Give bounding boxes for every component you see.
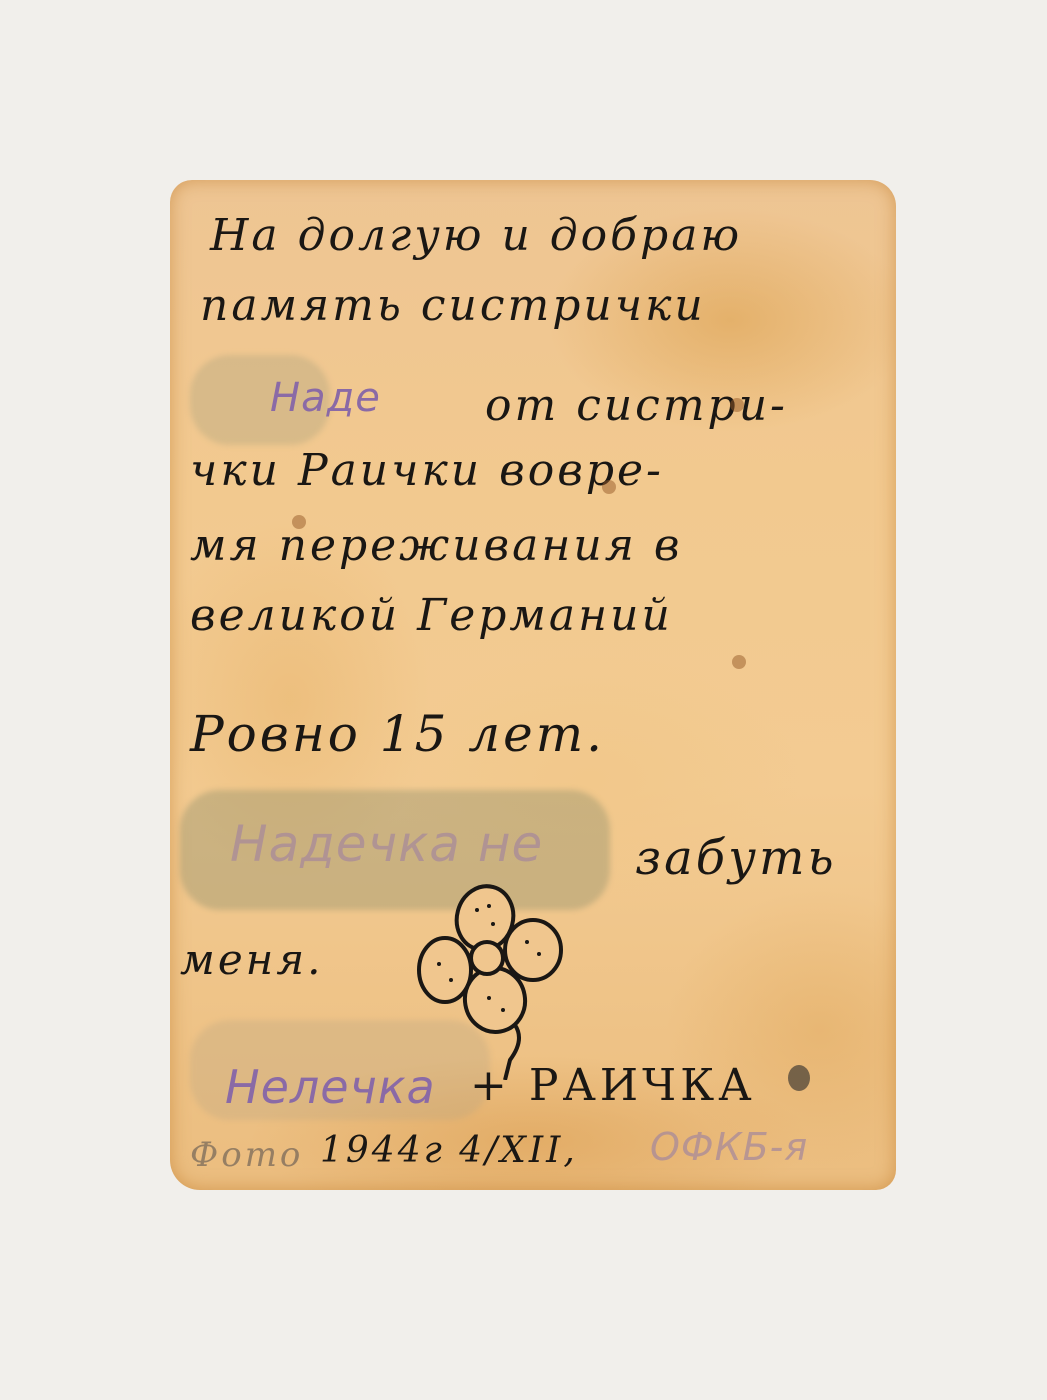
- flower-icon: [415, 880, 565, 1080]
- violet-phrase: Надечка не: [230, 815, 543, 873]
- stain-spot: [292, 515, 306, 529]
- text-line-5: мя переживания в: [190, 520, 682, 571]
- text-line-6: великой Германий: [190, 590, 673, 641]
- stain-spot: [730, 398, 744, 412]
- photo-date: 1944г 4/XII,: [320, 1130, 578, 1171]
- text-line-8: забуть: [635, 830, 837, 886]
- stain-spot: [732, 655, 746, 669]
- violet-name-1: Наде: [270, 375, 381, 421]
- text-line-1: На долгую и добраю: [210, 210, 742, 261]
- text-line-9: меня.: [180, 935, 324, 984]
- postcard: На долгую и добраю память систрички Наде…: [170, 180, 896, 1190]
- stain-spot: [602, 480, 616, 494]
- text-line-2: память систрички: [200, 280, 706, 331]
- stain-spot: [788, 1065, 810, 1091]
- violet-name-2: Нелечка: [225, 1060, 436, 1114]
- photo-label: Фото: [190, 1135, 303, 1175]
- faint-note: ОФКБ-я: [650, 1125, 808, 1169]
- text-line-4: чки Раички вовре-: [190, 445, 664, 496]
- signature: + РАИЧКА: [470, 1060, 756, 1111]
- text-line-7: Ровно 15 лет.: [190, 705, 605, 763]
